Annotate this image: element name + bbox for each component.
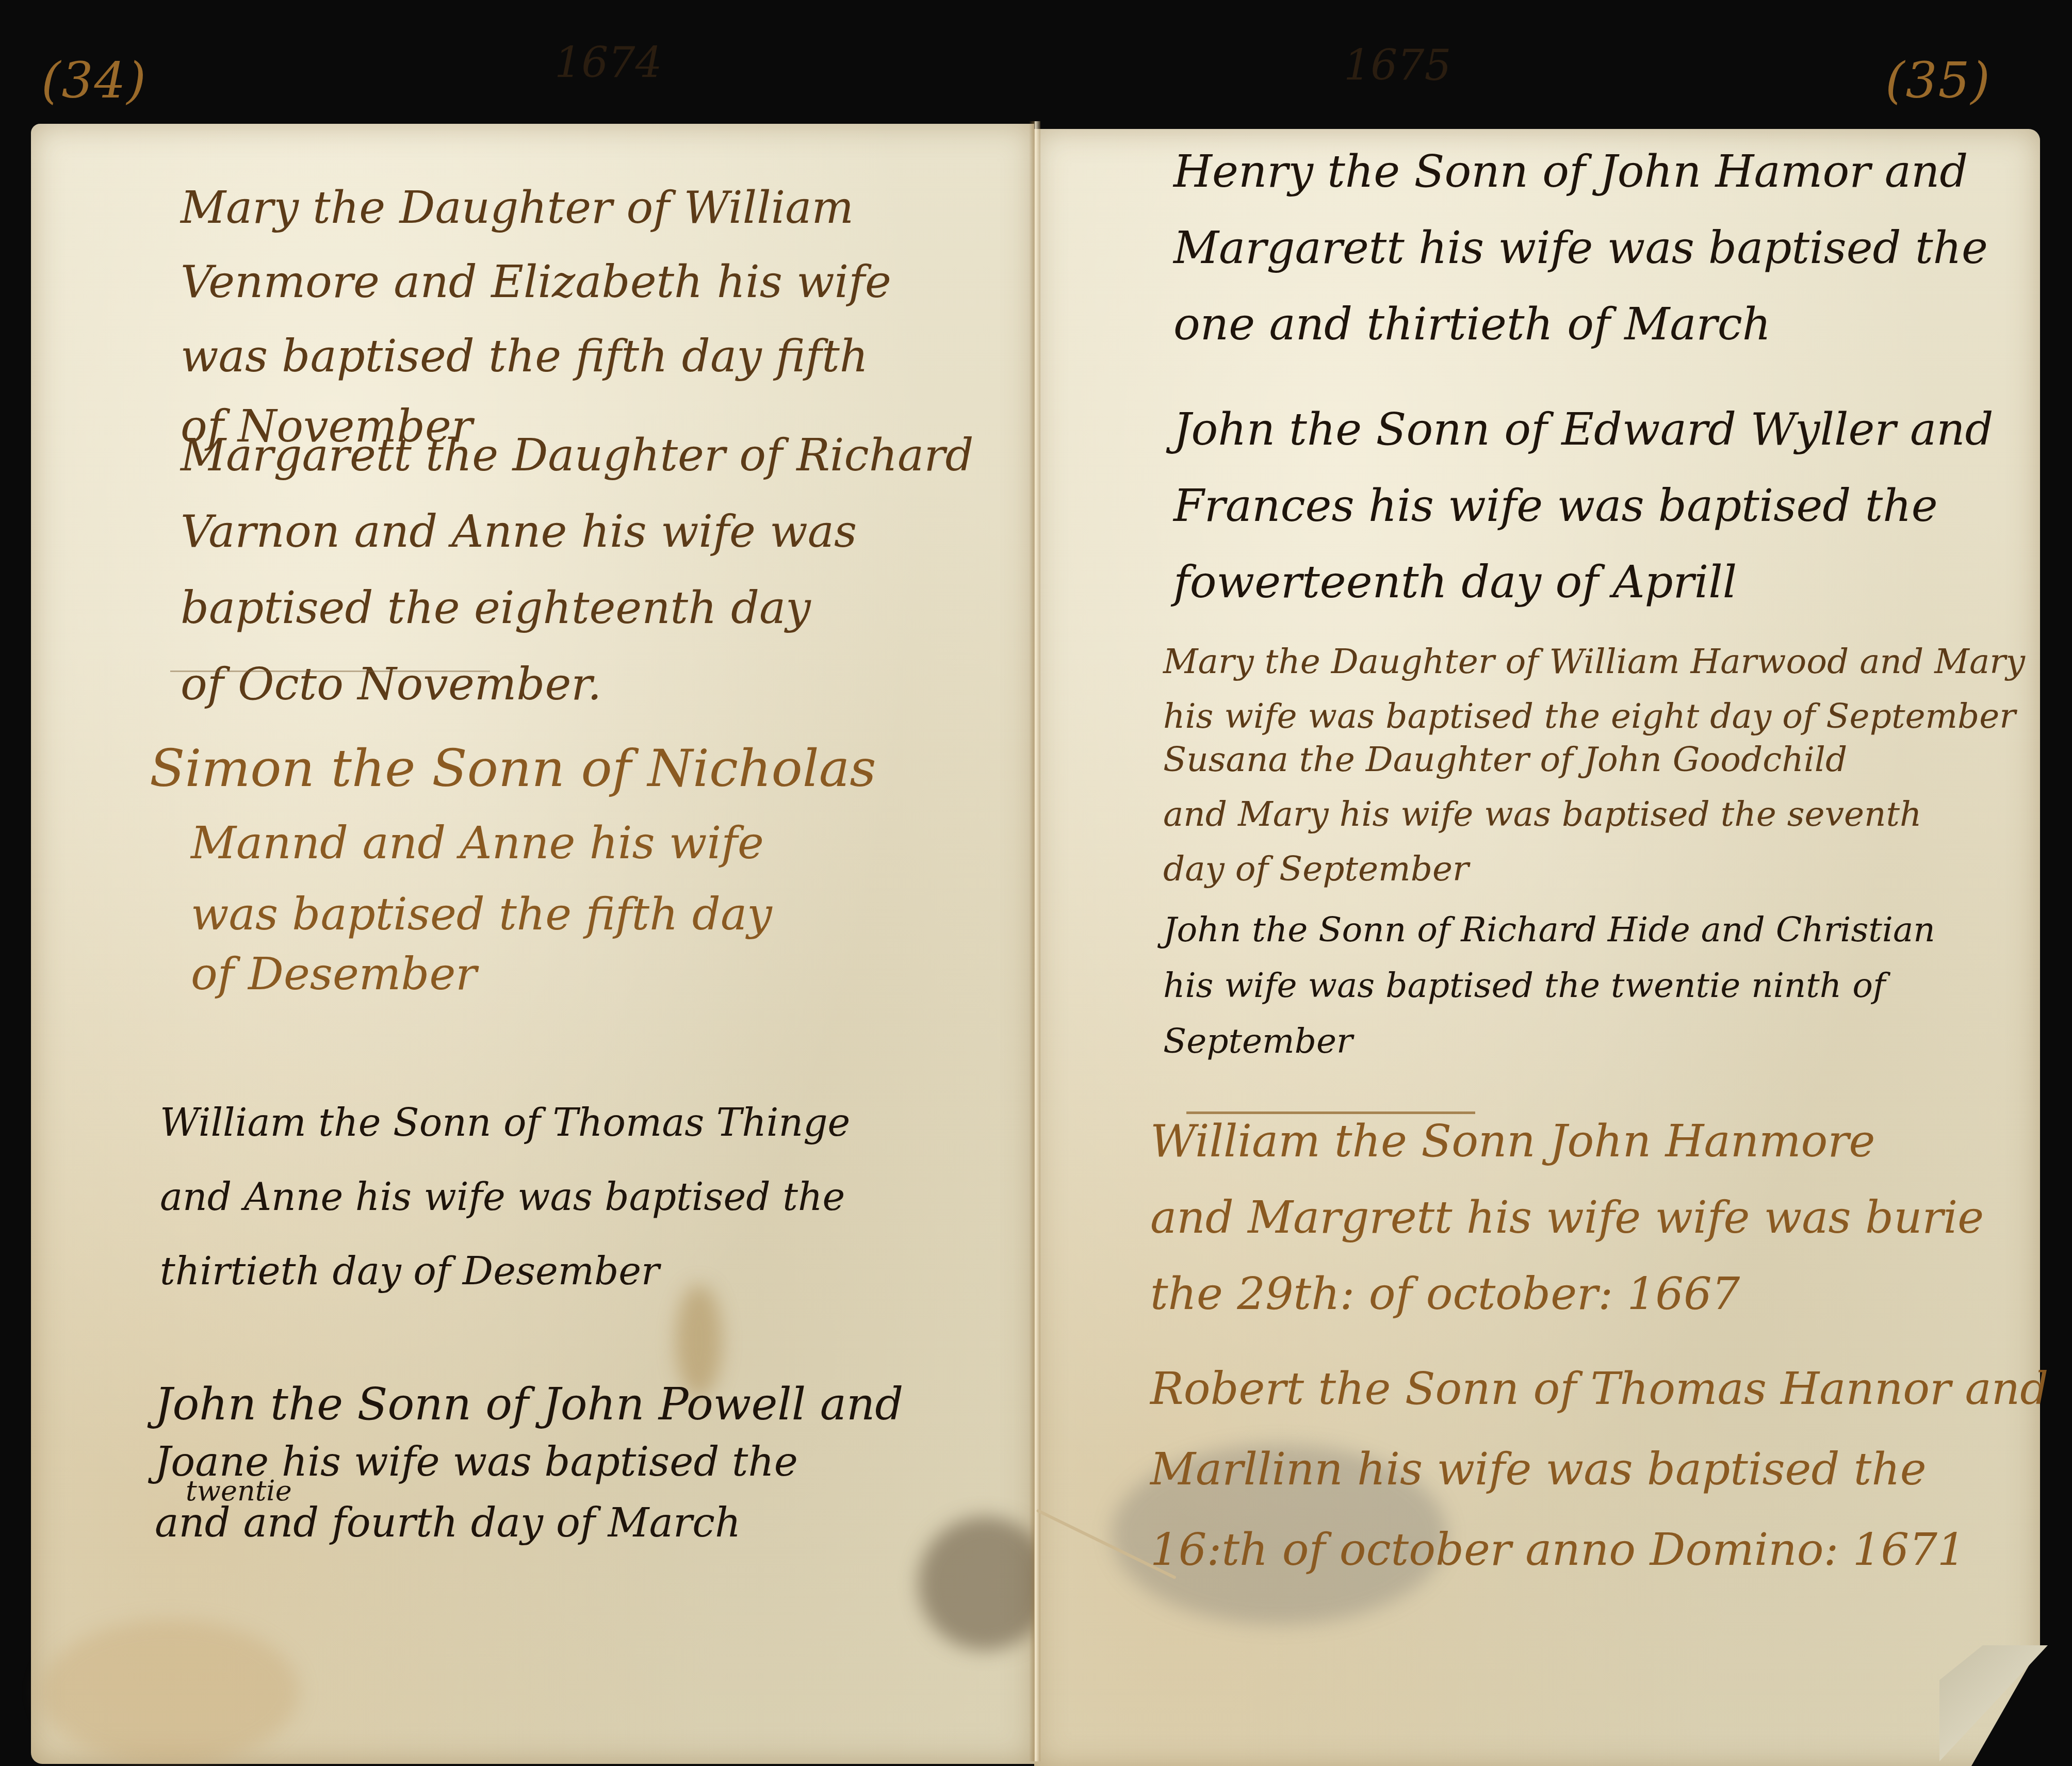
entry-line: and Mary his wife was baptised the seven… — [1163, 797, 1922, 831]
entry-line: Mary the Daughter of William — [181, 186, 891, 230]
folio-number-left: (34) — [41, 52, 147, 109]
baptism-entry: William the Sonn of Thomas Thinge and An… — [160, 1104, 850, 1290]
entry-divider — [1186, 1111, 1475, 1114]
year-heading-left: 1674 — [554, 39, 662, 88]
entry-line: thirtieth day of Desember — [160, 1252, 850, 1290]
entry-line: and and fourth day of March — [155, 1503, 903, 1543]
entry-line: Varnon and Anne his wife was — [181, 510, 974, 554]
entry-line: Margarett his wife was baptised the — [1173, 226, 1988, 270]
baptism-entry: Simon the Sonn of Nicholas Mannd and Ann… — [150, 743, 876, 996]
baptism-entry: John the Sonn of Edward Wyller and Franc… — [1173, 407, 1994, 604]
entry-line: Susana the Daughter of John Goodchild — [1163, 743, 1922, 777]
baptism-entry: Mary the Daughter of William Harwood and… — [1163, 645, 2025, 733]
folio-number-right: (35) — [1885, 52, 1991, 109]
entry-line: was baptised the fifth day fifth — [181, 334, 891, 379]
baptism-entry: John the Sonn of Richard Hide and Christ… — [1163, 913, 1935, 1058]
entry-line: Mary the Daughter of William Harwood and… — [1163, 645, 2025, 679]
year-heading-right: 1675 — [1344, 41, 1451, 90]
entry-line: Frances his wife was baptised the — [1173, 484, 1994, 528]
entry-line: of Octo November. — [181, 662, 974, 707]
entry-line: Marllinn his wife was baptised the — [1150, 1447, 2048, 1492]
entry-line: Henry the Sonn of John Hamor and — [1173, 150, 1988, 194]
entry-line: William the Sonn John Hanmore — [1150, 1119, 1984, 1164]
entry-line: Robert the Sonn of Thomas Hannor and — [1150, 1367, 2048, 1411]
baptism-entry: Susana the Daughter of John Goodchild an… — [1163, 743, 1922, 886]
burial-entry: William the Sonn John Hanmore and Margre… — [1150, 1119, 1984, 1316]
entry-line: and Margrett his wife wife was burie — [1150, 1196, 1984, 1240]
edge-discoloration — [41, 1620, 299, 1764]
baptism-entry: John the Sonn of John Powell and Joane h… — [155, 1382, 903, 1543]
entry-line: Venmore and Elizabeth his wife — [181, 260, 891, 304]
entry-line: Margarett the Daughter of Richard — [181, 433, 974, 478]
entry-line: and Anne his wife was baptised the — [160, 1178, 850, 1216]
entry-line: one and thirtieth of March — [1173, 302, 1988, 347]
entry-line: Mannd and Anne his wife — [191, 821, 876, 865]
entry-divider — [170, 671, 490, 672]
entry-line: John the Sonn of Richard Hide and Christ… — [1163, 913, 1935, 947]
book-spine-gutter — [1029, 121, 1040, 1761]
entry-line: day of September — [1163, 852, 1922, 886]
entry-line: fowerteenth day of Aprill — [1173, 560, 1994, 604]
entry-line: John the Sonn of John Powell and — [155, 1382, 903, 1427]
entry-line: his wife was baptised the twentie ninth … — [1163, 969, 1935, 1003]
entry-line: John the Sonn of Edward Wyller and — [1173, 407, 1994, 452]
entry-line: September — [1163, 1024, 1935, 1058]
baptism-entry: Henry the Sonn of John Hamor and Margare… — [1173, 150, 1988, 347]
register-spread: (34) 1674 Mary the Daughter of William V… — [0, 0, 2072, 1766]
entry-line: his wife was baptised the eight day of S… — [1163, 699, 2025, 733]
entry-line: baptised the eighteenth day — [181, 586, 974, 630]
entry-line: 16:th of october anno Domino: 1671 — [1150, 1528, 2048, 1572]
entry-line: Simon the Sonn of Nicholas — [150, 743, 876, 794]
baptism-entry: Mary the Daughter of William Venmore and… — [181, 186, 891, 449]
entry-line: the 29th: of october: 1667 — [1150, 1272, 1984, 1316]
entry-line: of Desember — [191, 952, 876, 996]
baptism-entry: Robert the Sonn of Thomas Hannor and Mar… — [1150, 1367, 2048, 1572]
entry-line: was baptised the fifth day — [191, 892, 876, 937]
baptism-entry: Margarett the Daughter of Richard Varnon… — [181, 433, 974, 707]
entry-line: William the Sonn of Thomas Thinge — [160, 1104, 850, 1142]
